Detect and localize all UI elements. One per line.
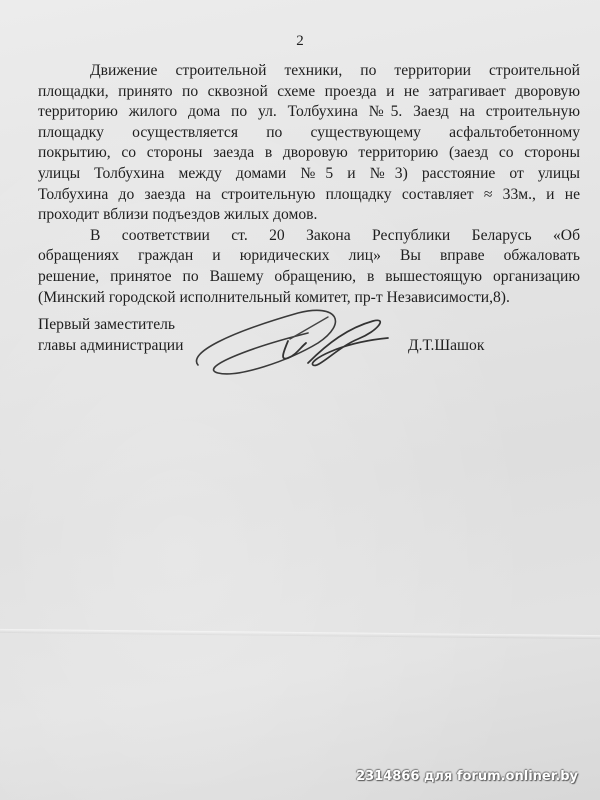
signatory-title-line1: Первый заместитель bbox=[38, 315, 183, 336]
letter-body: Движение строительной техники, по террит… bbox=[38, 61, 580, 308]
text-line: покрытию, со стороны заезда в дворовую т… bbox=[38, 143, 580, 164]
text-line: В соответствии ст. 20 Закона Республики … bbox=[38, 226, 580, 247]
text-line: проходит вблизи подъездов жилых домов. bbox=[38, 205, 580, 226]
signature-block: Первый заместитель главы администрации Д… bbox=[38, 315, 558, 385]
paragraph-appeal-rights: В соответствии ст. 20 Закона Республики … bbox=[38, 226, 580, 308]
signatory-name: Д.Т.Шашок bbox=[408, 336, 484, 357]
signatory-title-line2: главы администрации bbox=[38, 336, 183, 357]
text-line: решение, принятое по Вашему обращению, в… bbox=[38, 267, 580, 288]
text-line: площадку осуществляется по существующему… bbox=[38, 123, 580, 144]
text-line: Толбухина до заезда на строительную площ… bbox=[38, 185, 580, 206]
forum-watermark: 2314866 для forum.onliner.by bbox=[356, 769, 578, 784]
text-line: улицы Толбухина между домами №5 и №3) ра… bbox=[38, 164, 580, 185]
paragraph-construction-traffic: Движение строительной техники, по террит… bbox=[38, 61, 580, 226]
signatory-title: Первый заместитель главы администрации bbox=[38, 315, 183, 356]
paper-fold-crease bbox=[0, 629, 600, 639]
text-line: площадки, принято по сквозной схеме прое… bbox=[38, 82, 580, 103]
text-line: территорию жилого дома по ул. Толбухина … bbox=[38, 102, 580, 123]
text-line: Движение строительной техники, по террит… bbox=[38, 61, 580, 82]
page-number: 2 bbox=[0, 33, 600, 50]
text-line: обращениях граждан и юридических лиц» Вы… bbox=[38, 246, 580, 267]
handwritten-signature-icon bbox=[188, 303, 408, 383]
